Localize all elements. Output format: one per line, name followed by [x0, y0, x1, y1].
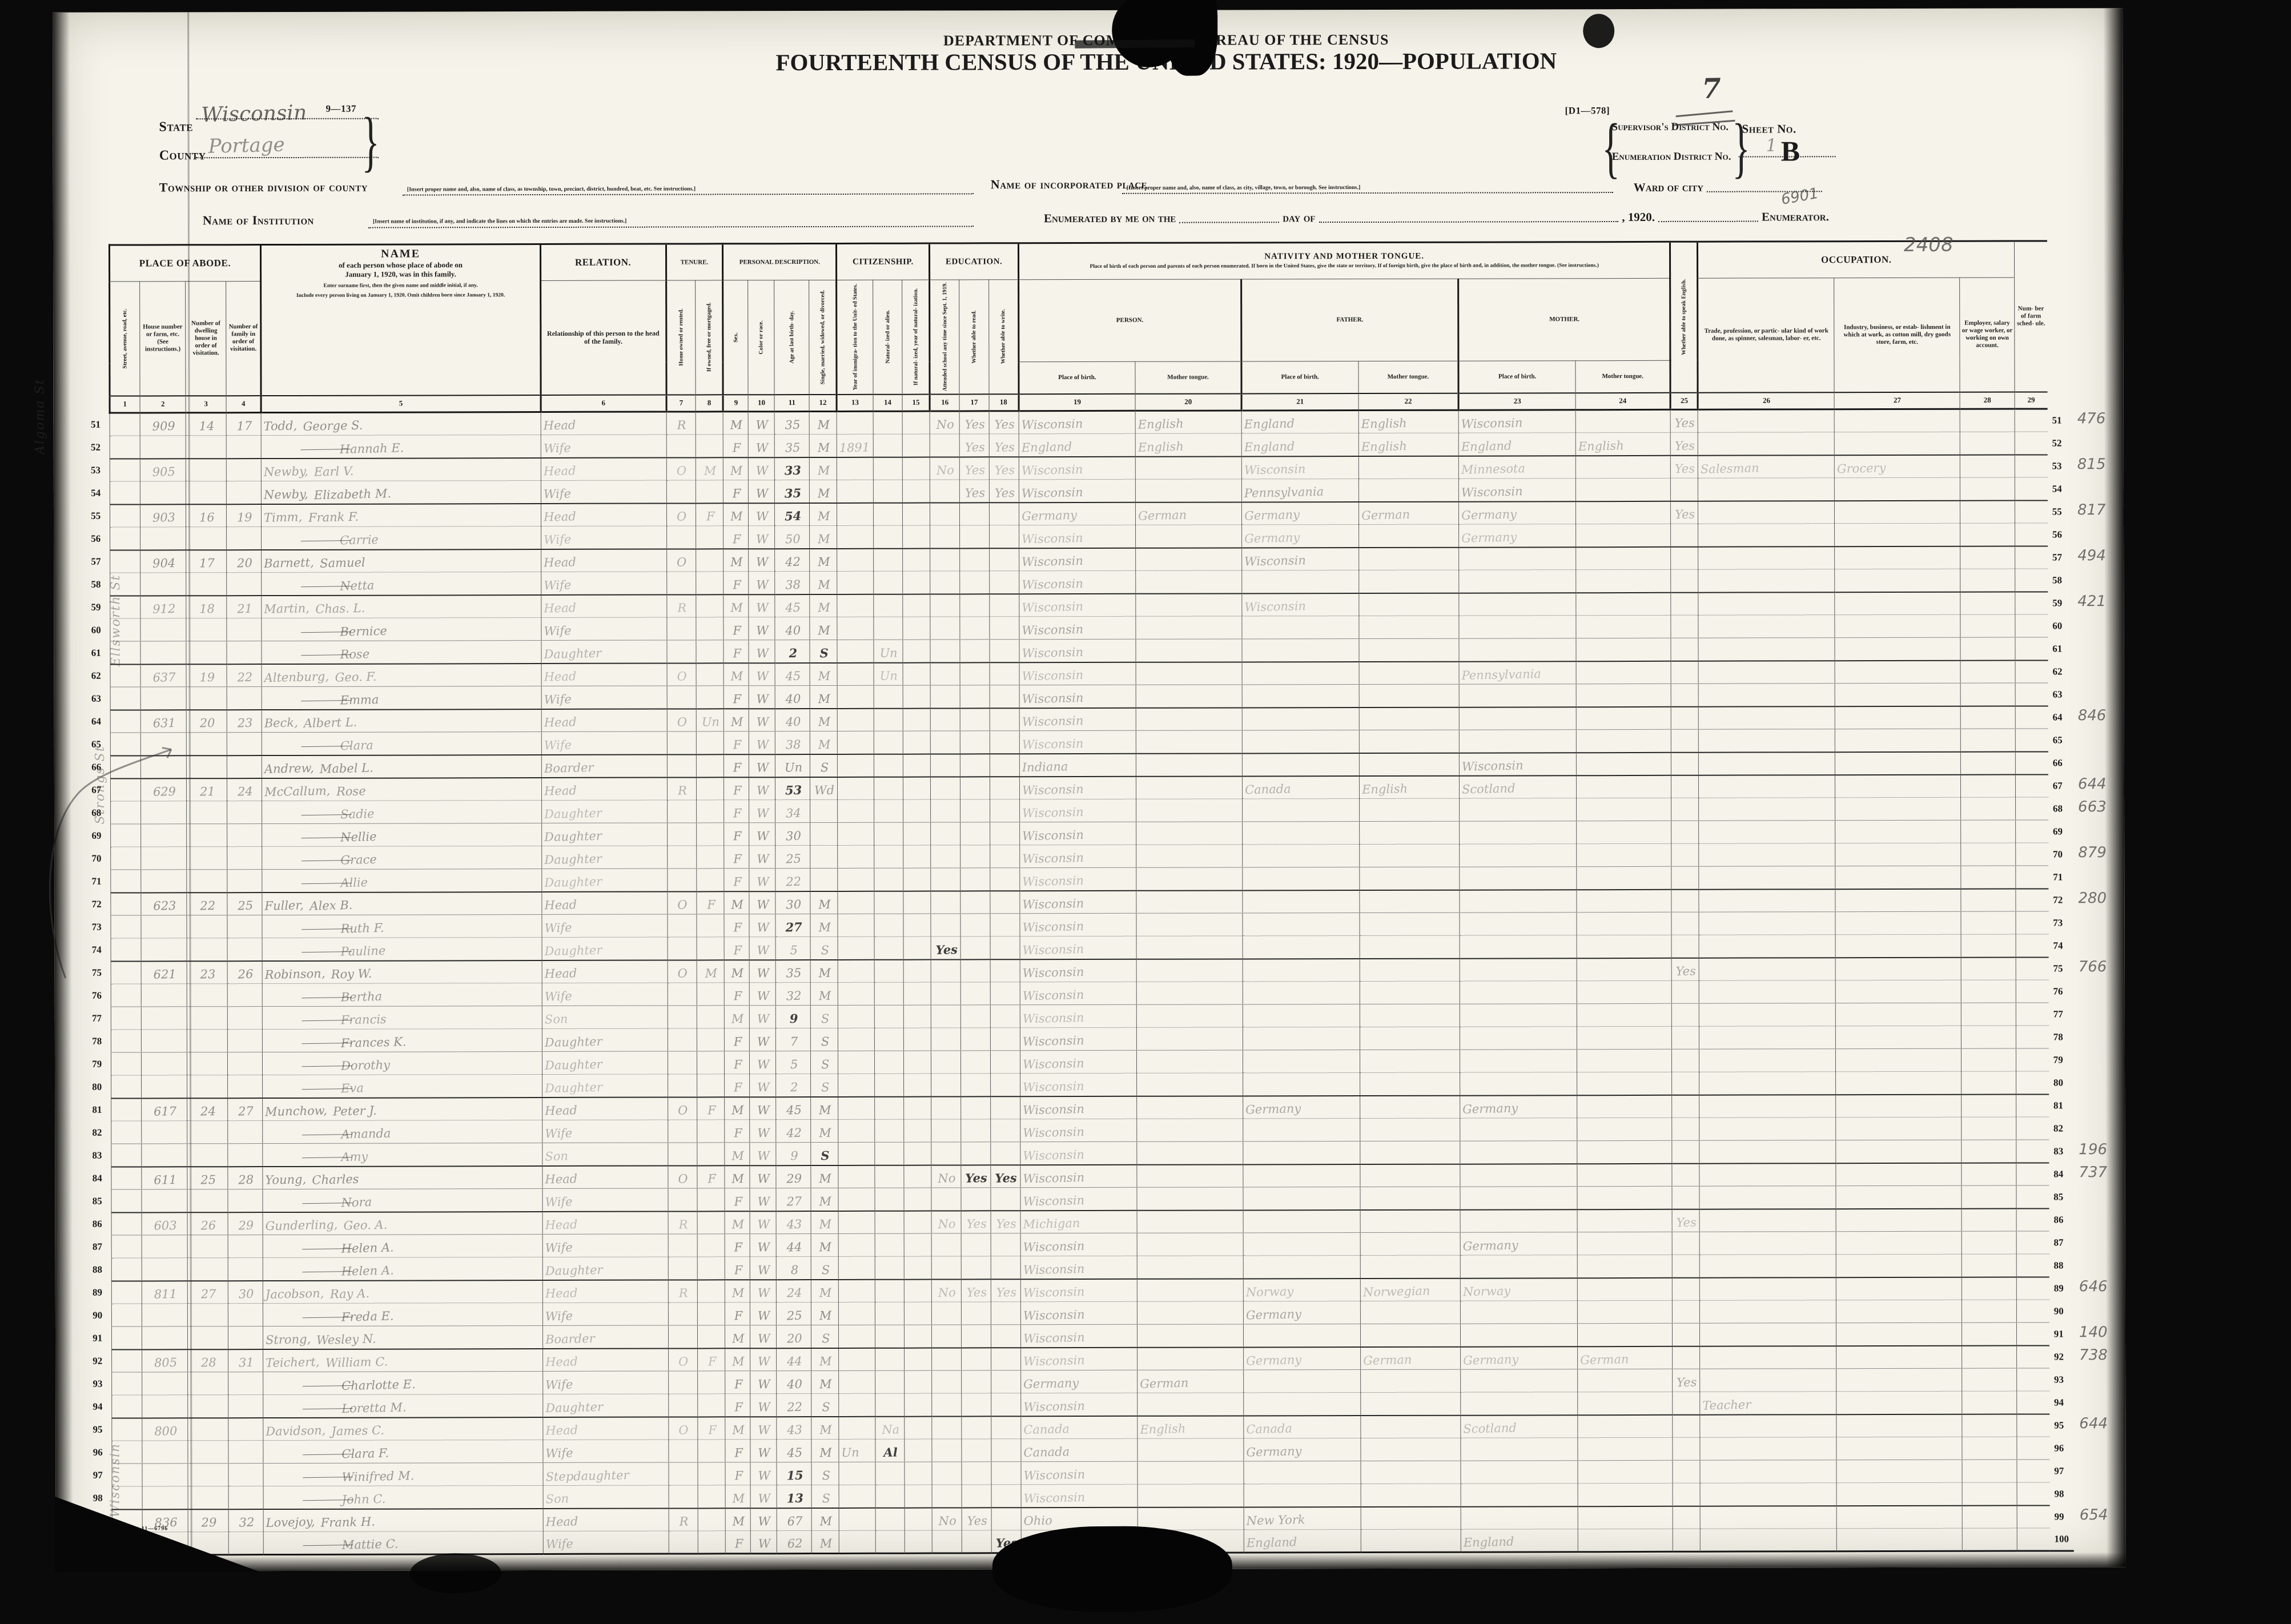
cell-fs: [2016, 1322, 2049, 1345]
cell-sc: [930, 617, 960, 640]
line-number-right: 69: [2048, 820, 2072, 843]
cell-rel: Wife: [542, 1440, 668, 1462]
cell-ag: 22: [777, 1394, 811, 1417]
col-sex: Sex.: [723, 280, 749, 395]
cell-d: [187, 915, 227, 938]
cell-ny: [905, 1485, 932, 1508]
cell-wr: [990, 685, 1019, 708]
cell-sc: [931, 1028, 961, 1051]
cell-mf: [1359, 913, 1460, 935]
cell-mm: [1578, 1460, 1673, 1483]
cell-sc: Yes: [931, 936, 960, 959]
cell-rel: Head: [542, 960, 668, 983]
cell-pb: Wisconsin: [1019, 662, 1136, 685]
cell-mt: [1136, 890, 1243, 913]
cell-h: 611: [142, 1167, 187, 1189]
cell-pm: [1461, 1324, 1578, 1346]
line-number-left: 97: [87, 1464, 111, 1486]
cell-pm: [1460, 935, 1577, 958]
cell-rd: [960, 1005, 990, 1028]
cell-fs: [2016, 1185, 2049, 1208]
cell-sc: [932, 1485, 962, 1508]
cell-d: [188, 1418, 228, 1441]
cell-tr: [1701, 1506, 1837, 1529]
col-naturalized: Natural- ized or alien.: [873, 280, 902, 394]
cell-sx: M: [725, 1417, 750, 1440]
cell-name: ⸺Sadie: [262, 801, 541, 824]
cell-ny: [905, 1370, 932, 1393]
line-number-left: 88: [87, 1258, 111, 1281]
cell-h: 629: [140, 778, 186, 801]
cell-pf: [1242, 685, 1359, 708]
subgroup-mother: MOTHER.: [1458, 278, 1670, 360]
cell-em: [1962, 1254, 2017, 1277]
ward-of-city-label: Ward of city: [1634, 180, 1703, 195]
cell-na: Al: [875, 1439, 905, 1462]
cell-ag: 7: [776, 1028, 811, 1051]
cell-st: [110, 596, 140, 618]
cell-h: 811: [142, 1281, 187, 1304]
cell-ny: [904, 959, 931, 982]
cell-mm: [1577, 1072, 1673, 1095]
column-number-9: 9: [723, 395, 748, 412]
cell-d: [187, 733, 227, 755]
cell-tr: [1698, 615, 1835, 638]
cell-em: [1961, 934, 2016, 957]
cell-ny: [903, 868, 931, 891]
cell-cl: W: [749, 823, 775, 846]
cell-ag: 33: [775, 457, 810, 480]
cell-en: [1673, 1392, 1700, 1414]
cell-tr: [1698, 569, 1835, 593]
cell-mm: [1578, 1414, 1673, 1437]
cell-ind: [1836, 1300, 1962, 1322]
cell-rd: [960, 594, 990, 617]
margin-pencil-number: 817: [2077, 501, 2106, 518]
cell-mt: [1138, 1256, 1244, 1279]
margin-pencil-number: 644: [2079, 1415, 2108, 1432]
cell-ny: [903, 845, 931, 868]
line-number-right: 100: [2050, 1528, 2074, 1551]
cell-rd: [962, 1462, 991, 1485]
cell-sx: F: [725, 1371, 750, 1394]
column-number-10: 10: [748, 395, 774, 412]
cell-pb: Wisconsin: [1019, 822, 1136, 845]
cell-en: [1673, 1277, 1700, 1300]
cell-f: [228, 1258, 263, 1281]
cell-name: Jacobson,Ray A.: [263, 1280, 542, 1304]
cell-fs: [2017, 1345, 2049, 1368]
cell-na: [874, 822, 903, 845]
cell-pf: England: [1241, 411, 1358, 433]
cell-wr: Yes: [989, 434, 1019, 457]
line-number-left: 61: [86, 641, 110, 664]
cell-st: [110, 778, 141, 801]
cell-h: 912: [140, 596, 186, 618]
cell-sx: F: [725, 1074, 750, 1097]
cell-pm: [1461, 1461, 1578, 1484]
cell-mt: English: [1135, 411, 1241, 433]
cell-cl: W: [749, 617, 775, 640]
cell-tr: [1699, 1117, 1836, 1141]
cell-rel: Wife: [542, 983, 668, 1006]
cell-pf: [1244, 1461, 1361, 1484]
cell-d: [187, 1075, 228, 1098]
cell-rel: Wife: [542, 1234, 668, 1257]
cell-rel: Son: [543, 1485, 669, 1508]
cell-hm: [668, 1440, 698, 1462]
line-number-left: 56: [86, 527, 110, 550]
line-number-right: 73: [2048, 911, 2072, 934]
line-number-left: 74: [87, 938, 111, 961]
cell-tr: [1699, 798, 1835, 821]
cell-st: [111, 1395, 142, 1418]
cell-ms: S: [811, 1051, 838, 1074]
cell-mm: [1577, 1095, 1673, 1117]
cell-mt: [1137, 1187, 1243, 1210]
cell-hm: R: [666, 412, 696, 435]
cell-name: ⸺Carrie: [262, 526, 541, 550]
cell-cl: W: [751, 1531, 777, 1554]
cell-ny: [903, 411, 930, 434]
cell-ny: [905, 1439, 932, 1462]
line-number-right: 78: [2049, 1026, 2073, 1048]
cell-rel: Daughter: [541, 869, 667, 891]
cell-ag: 38: [775, 731, 810, 754]
cell-d: [187, 984, 228, 1007]
cell-fs: [2015, 637, 2048, 660]
cell-mt: [1136, 639, 1242, 662]
cell-mt: German: [1138, 1370, 1244, 1393]
cell-iy: [837, 594, 873, 617]
cell-ag: 42: [776, 1120, 811, 1143]
cell-hm: O: [668, 960, 697, 983]
cell-d: [187, 1052, 228, 1075]
cell-fs: [2015, 592, 2048, 614]
cell-mt: English: [1135, 433, 1241, 456]
line-number-right: 96: [2049, 1437, 2073, 1460]
cell-pb: Wisconsin: [1019, 708, 1136, 730]
col-relationship: Relationship of this person to the head …: [540, 280, 666, 395]
cell-tr: [1698, 501, 1835, 524]
cell-hm: O: [666, 503, 696, 526]
cell-pm: [1460, 844, 1577, 867]
cell-pm: [1460, 1027, 1577, 1050]
cell-iy: [839, 1256, 875, 1279]
cell-sc: [931, 1233, 961, 1256]
cell-mf: [1359, 730, 1460, 753]
cell-ny: [903, 457, 930, 480]
cell-ind: [1836, 1140, 1962, 1163]
cell-wr: [990, 571, 1019, 594]
cell-name: ⸺Frances K.: [263, 1029, 542, 1052]
cell-wr: [991, 1233, 1020, 1256]
cell-iy: [838, 754, 874, 777]
cell-h: [141, 938, 187, 961]
cell-st: [110, 710, 141, 733]
column-number-18: 18: [989, 394, 1019, 411]
cell-mg: [697, 1211, 725, 1234]
cell-mf: [1360, 1255, 1461, 1278]
cell-st: [111, 984, 142, 1007]
cell-cl: W: [749, 709, 775, 731]
cell-rel: Head: [542, 1417, 668, 1440]
cell-iy: [837, 640, 873, 662]
cell-cl: W: [749, 503, 775, 526]
cell-na: [875, 1462, 905, 1485]
cell-mm: [1577, 1140, 1673, 1163]
cell-ny: [904, 1005, 931, 1028]
cell-wr: [990, 914, 1020, 936]
cell-ny: [905, 1508, 933, 1530]
cell-name: ⸺Nellie: [262, 823, 541, 847]
cell-pm: [1460, 821, 1577, 844]
cell-pf: Germany: [1241, 502, 1358, 525]
cell-ind: [1835, 683, 1961, 706]
cell-ny: [903, 936, 931, 959]
line-number-right: 52: [2047, 432, 2071, 455]
column-number-25: 25: [1670, 392, 1698, 409]
township-label: Township or other division of county: [159, 180, 368, 195]
cell-en: [1671, 706, 1699, 729]
day-of-label: day of: [1283, 211, 1315, 225]
cell-tr: [1699, 729, 1835, 753]
cell-rel: Daughter: [542, 1394, 668, 1417]
line-number-right: 68: [2048, 797, 2072, 820]
cell-sx: F: [725, 983, 750, 1006]
cell-mg: [696, 572, 724, 594]
cell-mm: [1577, 866, 1672, 889]
cell-ms: M: [810, 594, 837, 617]
cell-ag: 29: [776, 1165, 811, 1188]
cell-ny: [903, 754, 931, 777]
cell-fs: [2015, 569, 2048, 592]
cell-cl: W: [749, 526, 775, 549]
cell-sc: [932, 1462, 962, 1485]
cell-fs: [2015, 706, 2048, 729]
cell-st: [110, 481, 140, 504]
cell-mt: [1137, 1027, 1243, 1050]
cell-em: [1962, 1300, 2017, 1322]
cell-ms: M: [811, 1279, 839, 1302]
cell-st: [111, 1212, 142, 1235]
cell-st: [111, 1189, 142, 1212]
cell-d: [186, 527, 227, 550]
cell-d: 27: [188, 1281, 228, 1304]
line-number-left: 62: [86, 664, 110, 687]
cell-pb: Wisconsin: [1020, 1187, 1138, 1210]
cell-pb: Wisconsin: [1020, 1119, 1137, 1141]
cell-h: [140, 755, 186, 778]
cell-em: [1962, 957, 2016, 980]
cell-h: [142, 1235, 187, 1258]
cell-cl: W: [750, 1143, 776, 1165]
cell-f: [227, 527, 262, 550]
cell-pf: [1243, 1370, 1360, 1393]
cell-em: [1962, 1345, 2017, 1368]
cell-em: [1960, 614, 2015, 637]
cell-mf: [1359, 684, 1460, 707]
cell-rel: Head: [542, 1280, 668, 1303]
cell-st: [111, 1144, 142, 1167]
cell-sc: [932, 1302, 962, 1325]
cell-na: Un: [874, 640, 903, 662]
cell-name: Gunderling,Geo. A.: [263, 1212, 542, 1235]
cell-name: ⸺Amanda: [263, 1120, 542, 1144]
line-number-left: 66: [86, 755, 110, 778]
cell-ag: 25: [775, 846, 810, 869]
subgroup-person: PERSON.: [1018, 279, 1241, 361]
cell-ms: M: [810, 457, 837, 480]
cell-mf: [1358, 456, 1459, 479]
cell-wr: [990, 891, 1020, 914]
enumeration-line: Enumeration District No.: [1612, 151, 1731, 163]
cell-cl: W: [750, 1028, 776, 1051]
col-street: Street, avenue, road, etc.: [109, 282, 140, 396]
line-number-left: 81: [87, 1098, 111, 1121]
cell-sx: F: [724, 800, 749, 823]
cell-ny: [903, 640, 930, 662]
cell-name: ⸺Rose: [262, 641, 541, 664]
cell-hm: R: [667, 777, 697, 800]
cell-em: [1960, 500, 2015, 523]
cell-wr: [990, 1028, 1020, 1051]
cell-d: [187, 1189, 228, 1212]
cell-cl: W: [750, 1303, 777, 1325]
cell-d: [187, 1235, 228, 1258]
enumerator-label: Enumerator.: [1762, 210, 1829, 224]
cell-d: [186, 481, 227, 504]
cell-sx: M: [725, 1325, 750, 1348]
cell-iy: [837, 457, 873, 480]
cell-rel: Wife: [541, 572, 666, 594]
cell-ag: 2: [775, 640, 810, 663]
cell-hm: [667, 800, 697, 823]
cell-en: [1671, 661, 1698, 684]
cell-h: 603: [142, 1212, 187, 1235]
cell-en: [1673, 1232, 1700, 1255]
cell-mg: [698, 1462, 725, 1485]
cell-pm: [1459, 547, 1576, 570]
cell-name: Munchow,Peter J.: [263, 1098, 542, 1121]
cell-ag: 53: [775, 777, 810, 800]
cell-rd: [961, 1142, 991, 1165]
cell-sc: [931, 754, 960, 777]
cell-mg: [698, 1485, 725, 1508]
cell-ms: S: [811, 1142, 838, 1165]
cell-ind: [1836, 1460, 1962, 1482]
cell-sx: M: [725, 1143, 750, 1165]
cell-hm: [668, 1006, 697, 1028]
line-number-left: 68: [86, 801, 110, 824]
cell-em: [1961, 911, 2016, 934]
cell-h: [141, 824, 187, 847]
cell-sx: F: [724, 777, 749, 800]
cell-name: Davidson,James C.: [263, 1417, 542, 1441]
cell-na: [875, 1256, 905, 1279]
cell-ny: [903, 708, 931, 731]
cell-na: [875, 1233, 905, 1256]
cell-em: [1962, 1277, 2017, 1300]
cell-st: [111, 1167, 142, 1189]
cell-em: [1962, 1460, 2017, 1482]
cell-h: [140, 641, 186, 664]
cell-tr: [1699, 1163, 1836, 1187]
line-number-right: 71: [2048, 866, 2072, 889]
cell-name: Timm,Frank F.: [262, 504, 541, 527]
cell-rd: [962, 1393, 991, 1416]
name-note1: Enter surname first, then the given name…: [265, 283, 536, 290]
cell-ind: [1835, 546, 1960, 569]
cell-em: [1962, 1322, 2017, 1345]
cell-fs: [2016, 1300, 2049, 1322]
cell-na: [874, 1119, 904, 1142]
cell-f: [227, 801, 262, 824]
cell-mm: [1578, 1392, 1673, 1414]
cell-rel: Wife: [541, 686, 667, 709]
cell-pf: Germany: [1244, 1438, 1361, 1461]
cell-st: [110, 687, 141, 710]
cell-ms: M: [810, 891, 838, 914]
cell-mm: [1577, 889, 1672, 912]
cell-sx: F: [724, 617, 749, 640]
cell-ag: 35: [775, 960, 810, 983]
cell-f: 20: [227, 550, 262, 573]
cell-pm: Norway: [1461, 1278, 1578, 1301]
cell-iy: [837, 617, 873, 640]
cell-fs: [2016, 889, 2048, 911]
cell-mt: German: [1136, 502, 1242, 525]
cell-f: 21: [227, 596, 262, 618]
group-name: NAME of each person whose place of abode…: [261, 244, 541, 396]
cell-iy: [839, 1279, 875, 1302]
cell-ag: 44: [777, 1348, 811, 1371]
cell-iy: [838, 1028, 874, 1051]
cell-em: [1963, 1528, 2017, 1551]
cell-mm: English: [1575, 432, 1671, 455]
cell-ny: [905, 1416, 932, 1439]
cell-rel: Daughter: [542, 1028, 668, 1051]
cell-sc: [930, 525, 960, 548]
line-number-left: 71: [86, 870, 110, 893]
cell-d: 16: [186, 504, 227, 527]
line-number-left: 67: [86, 778, 110, 801]
cell-ag: 40: [777, 1371, 811, 1394]
cell-st: [110, 504, 140, 527]
line-number-right: 67: [2048, 774, 2072, 797]
cell-h: [142, 1144, 187, 1167]
cell-sx: F: [724, 572, 749, 594]
cell-st: [110, 550, 140, 573]
cell-em: [1962, 1391, 2017, 1414]
cell-hm: [668, 1234, 698, 1257]
cell-na: Na: [875, 1416, 905, 1439]
cell-iy: [838, 845, 874, 868]
cell-pm: [1461, 1484, 1578, 1506]
cell-em: [1960, 523, 2015, 546]
cell-rd: [960, 754, 990, 777]
cell-h: 623: [141, 893, 187, 915]
cell-f: 26: [227, 961, 262, 984]
cell-wr: Yes: [991, 1211, 1020, 1233]
cell-mt: [1136, 662, 1242, 685]
cell-hm: R: [669, 1508, 698, 1531]
cell-rd: [962, 1485, 991, 1508]
cell-ny: [905, 1279, 932, 1302]
cell-mm: [1577, 1117, 1673, 1140]
cell-d: [188, 1395, 228, 1418]
cell-hm: [668, 1325, 698, 1348]
